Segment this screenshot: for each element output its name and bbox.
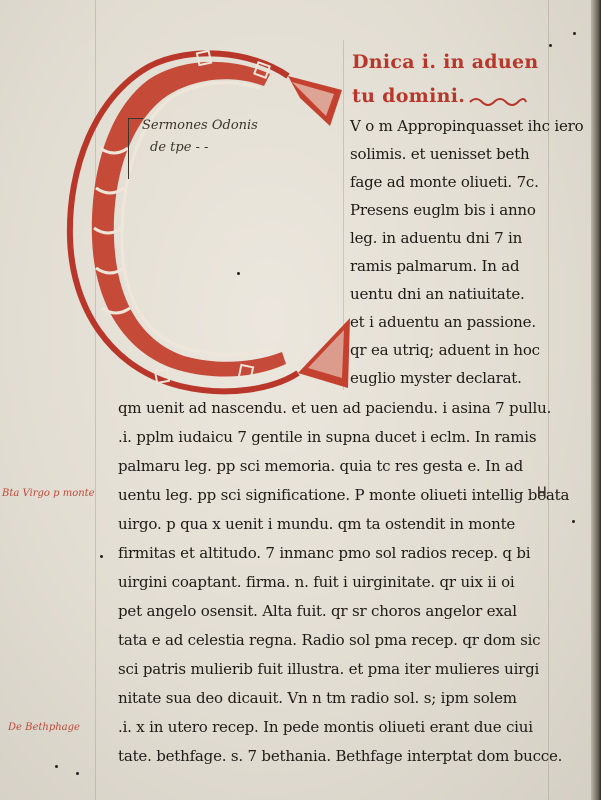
text-line: sci patris mulierib fuit illustra. et pm… (118, 659, 539, 679)
text-line: .i. x in utero recep. In pede montis oli… (118, 717, 533, 737)
ink-speck (55, 765, 58, 768)
text-line: tata e ad celestia regna. Radio sol pma … (118, 630, 540, 650)
text-line: pet angelo osensit. Alta fuit. qr sr cho… (118, 601, 517, 621)
text-line: Presens euglm bis i anno (350, 200, 536, 220)
ink-speck (237, 272, 240, 275)
gloss-bracket (128, 118, 143, 179)
rubric-title: Dnica i. in aduen (352, 52, 539, 72)
text-line: leg. in aduentu dni 7 in (350, 228, 522, 248)
ink-speck (572, 520, 575, 523)
text-line: palmaru leg. pp sci memoria. quia tc res… (118, 456, 523, 476)
ink-speck (549, 44, 552, 47)
text-line: fage ad monte oliueti. 7c. (350, 172, 539, 192)
ink-speck (100, 555, 103, 558)
text-line: .i. pplm iudaicu 7 gentile in supna duce… (118, 427, 536, 447)
text-line: euglio myster declarat. (350, 368, 522, 388)
text-line: et i aduentu an passione. (350, 312, 536, 332)
manuscript-page: Sermones Odonis de tpe - - Dnica i. in a… (0, 0, 598, 800)
text-line: uirgo. p qua x uenit i mundu. qm ta oste… (118, 514, 515, 534)
text-line: tate. bethfage. s. 7 bethania. Bethfage … (118, 746, 562, 766)
gloss-line: Sermones Odonis (142, 118, 258, 133)
gloss-line: de tpe - - (150, 140, 208, 155)
text-line: uentu leg. pp sci significatione. P mont… (118, 485, 569, 505)
text-line: uentu dni an natiuitate. (350, 284, 525, 304)
text-line: nitate sua deo dicauit. Vn n tm radio so… (118, 688, 517, 708)
rubric-title: tu domini. (352, 86, 465, 106)
rubric-flourish (468, 96, 528, 108)
text-line: ramis palmarum. In ad (350, 256, 519, 276)
text-line: solimis. et uenisset beth (350, 144, 529, 164)
ink-speck (573, 32, 576, 35)
decorated-initial-c (60, 38, 350, 398)
margin-note: Bta Virgo p monte (2, 488, 95, 499)
page-edge (591, 0, 601, 800)
margin-note: De Bethphage (8, 722, 80, 733)
text-line: uirgini coaptant. firma. n. fuit i uirgi… (118, 572, 515, 592)
text-line: qm uenit ad nascendu. et uen ad paciendu… (118, 398, 551, 418)
text-line: firmitas et altitudo. 7 inmanc pmo sol r… (118, 543, 530, 563)
ink-speck (76, 772, 79, 775)
text-line: V o m Appropinquasset ihc iero (350, 116, 583, 136)
text-line: qr ea utriq; aduent in hoc (350, 340, 540, 360)
margin-mark: H (537, 483, 547, 502)
